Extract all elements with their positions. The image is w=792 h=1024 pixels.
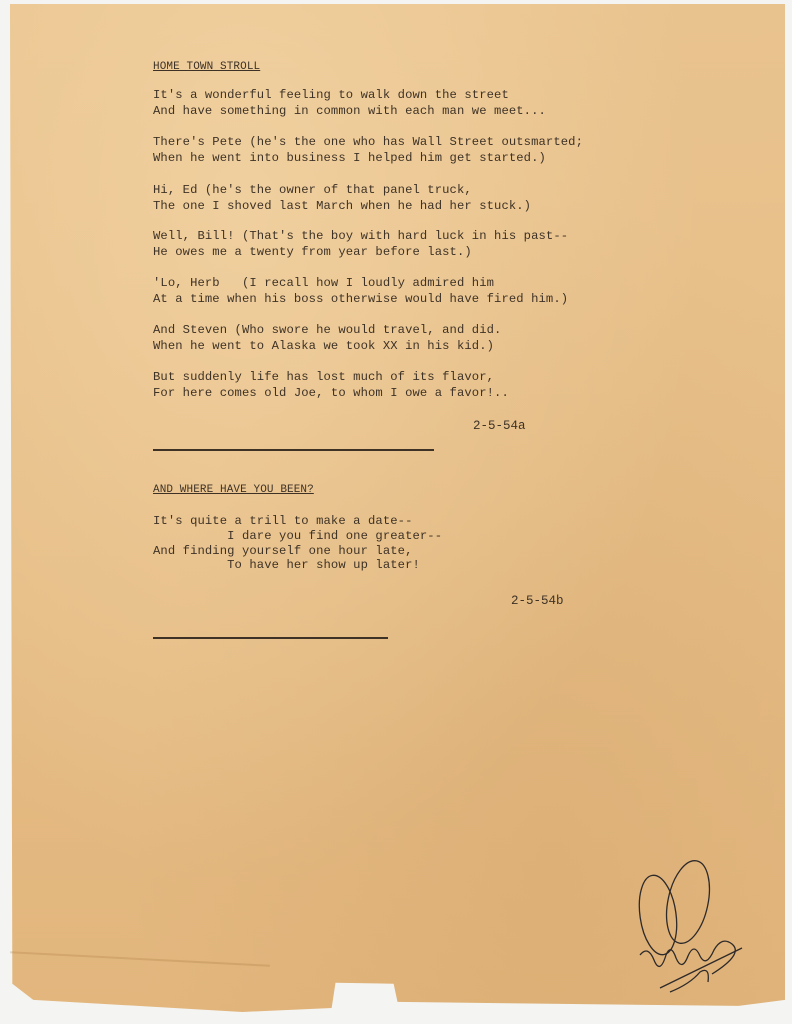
stanza: It's a wonderful feeling to walk down th… [153, 88, 546, 119]
stanza: There's Pete (he's the one who has Wall … [153, 135, 583, 166]
stanza: But suddenly life has lost much of its f… [153, 370, 509, 401]
stanza: And Steven (Who swore he would travel, a… [153, 323, 501, 354]
divider-rule [153, 449, 434, 451]
poem1-date-code: 2-5-54a [473, 419, 526, 433]
poem2-title: AND WHERE HAVE YOU BEEN? [153, 483, 314, 499]
poem2-date-code: 2-5-54b [511, 594, 564, 608]
divider-rule-2 [153, 637, 388, 639]
stanza: 'Lo, Herb (I recall how I loudly admired… [153, 276, 568, 307]
stanza: Hi, Ed (he's the owner of that panel tru… [153, 183, 531, 214]
poem2-verse: It's quite a trill to make a date-- I da… [153, 514, 442, 573]
poem1-title: HOME TOWN STROLL [153, 60, 260, 76]
signature-icon [630, 860, 760, 1000]
stanza: Well, Bill! (That's the boy with hard lu… [153, 229, 568, 260]
